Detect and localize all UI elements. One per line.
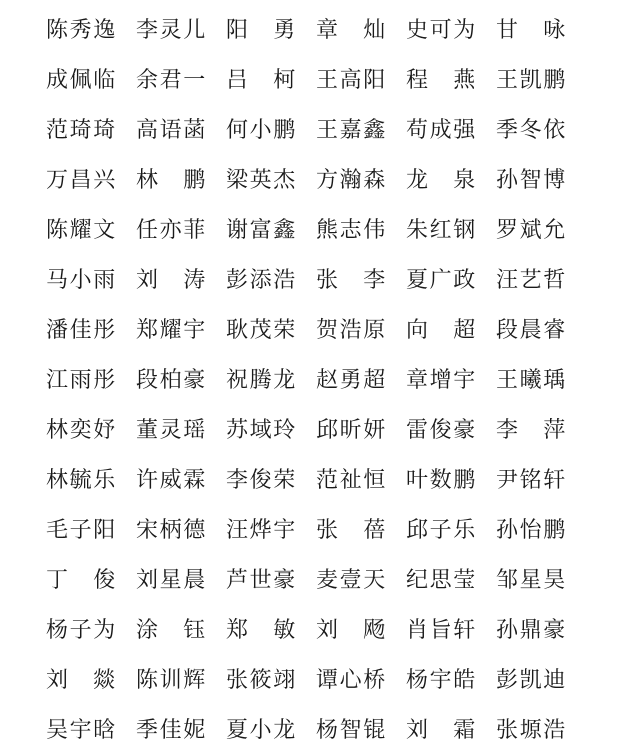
name-cell: 彭添浩 [226, 253, 316, 303]
name-cell: 汪烨宇 [226, 503, 316, 553]
name-cell: 刘 燚 [46, 653, 136, 703]
name-cell: 朱红钢 [406, 203, 496, 253]
name-cell: 郑 敏 [226, 603, 316, 653]
name-cell: 王凯鹏 [496, 53, 586, 103]
name-cell: 季冬依 [496, 103, 586, 153]
name-cell: 苏域玲 [226, 403, 316, 453]
name-cell: 夏小龙 [226, 703, 316, 752]
name-cell: 刘 涛 [136, 253, 226, 303]
name-cell: 高语菡 [136, 103, 226, 153]
name-cell: 章增宇 [406, 353, 496, 403]
name-cell: 麦壹天 [316, 553, 406, 603]
name-cell: 万昌兴 [46, 153, 136, 203]
name-cell: 林毓乐 [46, 453, 136, 503]
name-cell: 杨智锟 [316, 703, 406, 752]
name-cell: 章 灿 [316, 3, 406, 53]
name-cell: 林奕妤 [46, 403, 136, 453]
name-cell: 阳 勇 [226, 3, 316, 53]
name-cell: 潘佳彤 [46, 303, 136, 353]
name-cell: 王曦瑀 [496, 353, 586, 403]
name-cell: 李灵儿 [136, 3, 226, 53]
name-cell: 张塬浩 [496, 703, 586, 752]
name-cell: 尹铭轩 [496, 453, 586, 503]
name-cell: 孙怡鹏 [496, 503, 586, 553]
name-cell: 梁英杰 [226, 153, 316, 203]
name-cell: 何小鹏 [226, 103, 316, 153]
name-cell: 王高阳 [316, 53, 406, 103]
name-cell: 李 萍 [496, 403, 586, 453]
name-cell: 罗斌允 [496, 203, 586, 253]
name-cell: 马小雨 [46, 253, 136, 303]
name-cell: 宋柄德 [136, 503, 226, 553]
name-cell: 范祉恒 [316, 453, 406, 503]
name-cell: 祝腾龙 [226, 353, 316, 403]
name-cell: 邱子乐 [406, 503, 496, 553]
name-cell: 吕 柯 [226, 53, 316, 103]
name-cell: 夏广政 [406, 253, 496, 303]
name-cell: 苟成强 [406, 103, 496, 153]
name-cell: 彭凯迪 [496, 653, 586, 703]
name-cell: 陈秀逸 [46, 3, 136, 53]
name-cell: 杨宇皓 [406, 653, 496, 703]
name-cell: 赵勇超 [316, 353, 406, 403]
name-cell: 杨子为 [46, 603, 136, 653]
name-cell: 成佩临 [46, 53, 136, 103]
name-cell: 陈训辉 [136, 653, 226, 703]
name-cell: 郑耀宇 [136, 303, 226, 353]
name-cell: 刘星晨 [136, 553, 226, 603]
name-cell: 肖旨轩 [406, 603, 496, 653]
name-cell: 丁 俊 [46, 553, 136, 603]
name-cell: 林 鹏 [136, 153, 226, 203]
name-cell: 纪思莹 [406, 553, 496, 603]
name-cell: 刘 飏 [316, 603, 406, 653]
name-cell: 刘 霜 [406, 703, 496, 752]
name-cell: 许威霖 [136, 453, 226, 503]
name-cell: 熊志伟 [316, 203, 406, 253]
name-cell: 史可为 [406, 3, 496, 53]
name-list-page: 陈秀逸李灵儿阳 勇章 灿史可为甘 咏成佩临余君一吕 柯王高阳程 燕王凯鹏范琦琦高… [0, 0, 642, 752]
name-cell: 张 李 [316, 253, 406, 303]
name-cell: 张筱翊 [226, 653, 316, 703]
name-cell: 谭心桥 [316, 653, 406, 703]
name-cell: 段晨睿 [496, 303, 586, 353]
name-cell: 芦世豪 [226, 553, 316, 603]
name-cell: 任亦菲 [136, 203, 226, 253]
name-cell: 汪艺哲 [496, 253, 586, 303]
name-cell: 范琦琦 [46, 103, 136, 153]
name-cell: 邱昕妍 [316, 403, 406, 453]
name-cell: 段柏豪 [136, 353, 226, 403]
name-cell: 涂 钰 [136, 603, 226, 653]
name-cell: 王嘉鑫 [316, 103, 406, 153]
name-cell: 李俊荣 [226, 453, 316, 503]
name-cell: 江雨彤 [46, 353, 136, 403]
name-cell: 邹星昊 [496, 553, 586, 603]
name-cell: 季佳妮 [136, 703, 226, 752]
name-cell: 余君一 [136, 53, 226, 103]
name-cell: 陈耀文 [46, 203, 136, 253]
name-cell: 张 蓓 [316, 503, 406, 553]
name-cell: 吴宇晗 [46, 703, 136, 752]
name-cell: 雷俊豪 [406, 403, 496, 453]
name-cell: 孙鼎豪 [496, 603, 586, 653]
name-cell: 董灵瑶 [136, 403, 226, 453]
name-cell: 向 超 [406, 303, 496, 353]
name-cell: 贺浩原 [316, 303, 406, 353]
name-cell: 叶数鹏 [406, 453, 496, 503]
name-cell: 毛子阳 [46, 503, 136, 553]
name-grid: 陈秀逸李灵儿阳 勇章 灿史可为甘 咏成佩临余君一吕 柯王高阳程 燕王凯鹏范琦琦高… [46, 3, 586, 752]
name-cell: 方瀚森 [316, 153, 406, 203]
name-cell: 龙 泉 [406, 153, 496, 203]
name-cell: 耿茂荣 [226, 303, 316, 353]
name-cell: 程 燕 [406, 53, 496, 103]
name-cell: 谢富鑫 [226, 203, 316, 253]
name-cell: 甘 咏 [496, 3, 586, 53]
name-cell: 孙智博 [496, 153, 586, 203]
